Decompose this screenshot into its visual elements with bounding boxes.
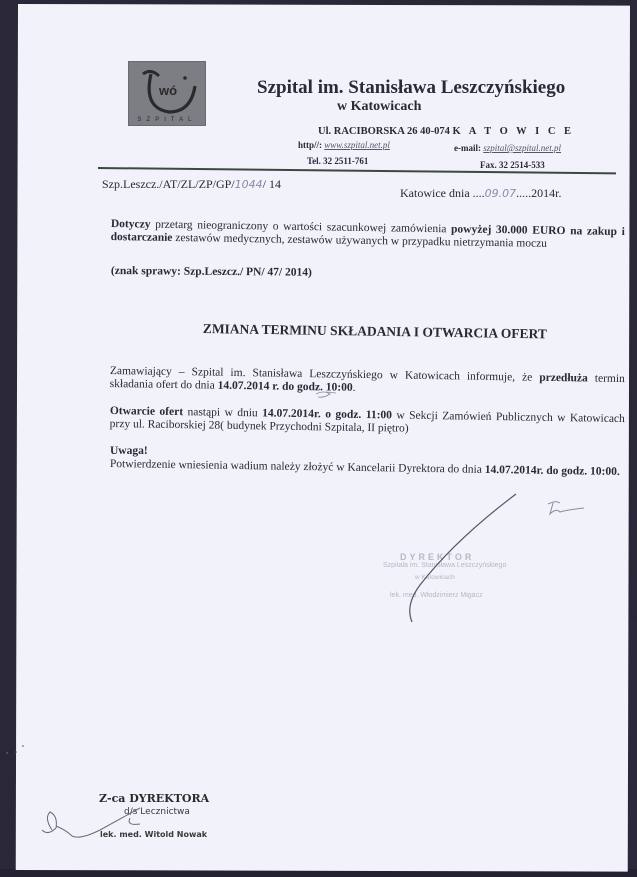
date-suffix: 2014r. xyxy=(531,186,561,200)
logo-caption: SZPITAL xyxy=(129,117,205,123)
director-stamp-title: DYREKTOR xyxy=(400,552,474,562)
note-title: Uwaga! xyxy=(110,445,148,457)
document-date: Katowice dnia ....09.07.....2014r. xyxy=(400,186,561,201)
hospital-logo: wó SZPITAL xyxy=(128,61,206,126)
email-link[interactable]: szpital@szpital.net.pl xyxy=(483,143,561,153)
note-deadline: 14.07.2014r. do godz. 10:00. xyxy=(485,464,620,478)
opening-datetime: 14.07.2014r. o godz. 11:00 xyxy=(262,407,392,421)
date-handwritten: 09.07 xyxy=(485,187,517,200)
deputy-stamp-title: Z-ca DYREKTORA xyxy=(99,792,209,805)
director-stamp-line-2: w Katowicach xyxy=(415,574,455,581)
address-street: Ul. RACIBORSKA 26 40-074 xyxy=(318,126,450,137)
website-link[interactable]: www.szpital.net.pl xyxy=(324,140,390,150)
svg-text:wó: wó xyxy=(158,83,177,98)
case-reference: (znak sprawy: Szp.Leszcz./ PN/ 47/ 2014) xyxy=(111,265,312,279)
hospital-name: Szpital im. Stanisława Leszczyńskiego xyxy=(257,77,565,99)
director-stamp-line-3: lek. med. Włodzimierz Migacz xyxy=(390,592,483,599)
contact-email: e-mail: szpital@szpital.net.pl xyxy=(454,143,561,153)
subject-lead: Dotyczy xyxy=(111,218,151,231)
contact-phone: Tel. 32 2511-761 xyxy=(307,156,368,166)
hospital-address: Ul. RACIBORSKA 26 40-074 K A T O W I C E xyxy=(318,126,574,137)
deputy-stamp-subtitle: d/s Lecznictwa xyxy=(124,807,190,817)
reference-number: Szp.Leszcz./AT/ZL/ZP/GP/1044/ 14 xyxy=(102,177,281,192)
reference-suffix: / 14 xyxy=(263,177,281,191)
contact-fax: Fax. 32 2514-533 xyxy=(480,160,545,170)
contact-website: http//: www.szpital.net.pl xyxy=(298,140,390,150)
reference-prefix: Szp.Leszcz./AT/ZL/ZP/GP/ xyxy=(102,177,235,191)
website-label: http//: xyxy=(298,140,322,150)
email-label: e-mail: xyxy=(454,143,481,153)
info-end: . xyxy=(353,382,356,394)
address-city: K A T O W I C E xyxy=(452,126,574,137)
deputy-stamp-name: lek. med. Witold Nowak xyxy=(100,830,207,839)
info-bold-extend: przedłuża xyxy=(539,372,588,385)
opening-label: Otwarcie ofert xyxy=(110,405,183,418)
director-stamp-line-1: Szpitala im. Stanisława Leszczyńskiego xyxy=(383,562,506,569)
hospital-city: w Katowicach xyxy=(337,99,421,115)
reference-handwritten-number: 1044 xyxy=(235,178,263,191)
date-prefix: Katowice dnia xyxy=(400,186,473,200)
info-deadline: 14.07.2014 r. do godz. 10:00 xyxy=(218,380,353,394)
scan-edge-right xyxy=(629,620,637,877)
opening-text-1: nastąpi w dniu xyxy=(183,406,262,419)
